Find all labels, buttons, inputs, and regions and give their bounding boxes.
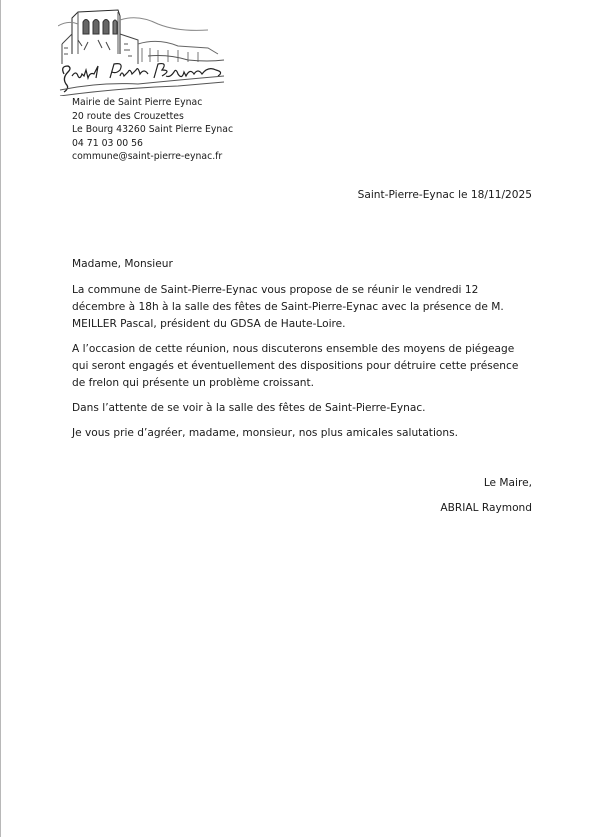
paragraph-invitation: La commune de Saint-Pierre-Eynac vous pr…	[72, 282, 532, 332]
sender-email: commune@saint-pierre-eynac.fr	[72, 150, 233, 164]
sender-phone: 04 71 03 00 56	[72, 137, 233, 151]
paragraph-regards: Je vous prie d’agréer, madame, monsieur,…	[72, 425, 532, 442]
signature-title: Le Maire,	[484, 477, 532, 489]
sender-address-block: Mairie de Saint Pierre Eynac 20 route de…	[72, 96, 233, 164]
sender-name: Mairie de Saint Pierre Eynac	[72, 96, 233, 110]
paragraph-closing: Dans l’attente de se voir à la salle des…	[72, 400, 532, 417]
signature-name: ABRIAL Raymond	[440, 502, 532, 514]
sender-street: 20 route des Crouzettes	[72, 110, 233, 124]
sender-city: Le Bourg 43260 Saint Pierre Eynac	[72, 123, 233, 137]
paragraph-agenda: A l’occasion de cette réunion, nous disc…	[72, 341, 532, 391]
page-left-border	[0, 0, 1, 837]
letter-date: Saint-Pierre-Eynac le 18/11/2025	[358, 189, 532, 201]
village-logo-icon	[58, 4, 228, 96]
salutation: Madame, Monsieur	[72, 256, 532, 273]
